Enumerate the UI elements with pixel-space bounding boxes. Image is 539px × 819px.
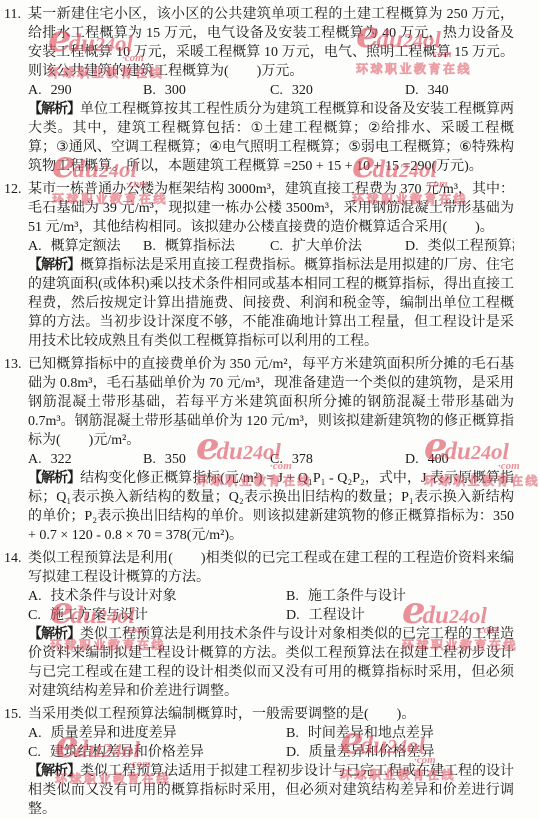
option-a: A.概算定额法 [28,237,143,256]
question-stem: 类似工程预算法是利用( )相类似的已完工程或在建工程的工程造价资料来编写拟建工程… [28,549,514,587]
option-d: D.340 [405,81,514,100]
analysis-text: 单位工程概算按其工程性质分为建筑工程概算和设备及安装工程概算两大类。其中，建筑工… [28,102,514,174]
question-11: 11. 某一新建住宅小区，该小区的公共建筑单项工程的土建工程概算为 250 万元… [4,5,514,176]
option-c: C.320 [270,81,405,100]
question-stem: 已知概算指标中的直接费单价为 350 元/m²，每平方米建筑面积所分摊的毛石基础… [28,355,514,450]
options-row: A.290 B.300 C.320 D.340 [28,81,514,100]
option-d: D.工程设计 [286,606,514,625]
analysis-text: 类似工程预算法是利用技术条件与设计对象相类似的已完工程的工程造价资料来编制拟建工… [28,627,514,699]
analysis-label: 【解析】 [28,258,80,273]
option-a: A.322 [28,450,143,469]
option-a: A.技术条件与设计对象 [28,587,286,606]
options-row: A.概算定额法 B.概算指标法 C.扩大单价法 D.类似工程预算法 [28,237,514,256]
scanned-exam-page: edu24ol ·com 环球职业教育在线 edu24ol ·com 环球职业教… [0,0,539,819]
analysis: 【解析】类似工程预算法是利用技术条件与设计对象相类似的已完工程的工程造价资料来编… [28,625,514,701]
option-b: B.施工条件与设计 [286,587,514,606]
question-body: 类似工程预算法是利用( )相类似的已完工程或在建工程的工程造价资料来编写拟建工程… [28,549,514,701]
analysis-label: 【解析】 [28,764,80,779]
option-c: C.建筑结构差异和价格差异 [28,743,286,762]
options-row: A.322 B.350 C.378 D.400 [28,450,514,469]
option-c: C.施工方案与设计 [28,606,286,625]
question-number: 12. [4,180,28,351]
question-number: 11. [4,5,28,176]
question-number: 13. [4,355,28,545]
option-c: C.扩大单价法 [270,237,405,256]
options-grid: A.质量差异和进度差异 B.时间差异和地点差异 C.建筑结构差异和价格差异 D.… [28,724,514,762]
question-number: 15. [4,705,28,819]
analysis-text: 概算指标法是采用直接工程费指标。概算指标法是用拟建的厂房、住宅的建筑面积(或体积… [28,258,514,349]
analysis-text: 结构变化修正概算指标(元/m²) = J + Q₁P₁ - Q₂P₂，式中，J … [28,471,514,543]
analysis: 【解析】类似工程预算法适用于拟建工程初步设计与已完工程或在建工程的设计相类似而又… [28,762,514,819]
question-body: 当采用类似工程预算法编制概算时，一般需要调整的是( )。 A.质量差异和进度差异… [28,705,514,819]
analysis-label: 【解析】 [28,471,80,486]
question-13: 13. 已知概算指标中的直接费单价为 350 元/m²，每平方米建筑面积所分摊的… [4,355,514,545]
analysis: 【解析】单位工程概算按其工程性质分为建筑工程概算和设备及安装工程概算两大类。其中… [28,100,514,176]
analysis: 【解析】概算指标法是采用直接工程费指标。概算指标法是用拟建的厂房、住宅的建筑面积… [28,256,514,351]
analysis-label: 【解析】 [28,102,80,117]
analysis: 【解析】结构变化修正概算指标(元/m²) = J + Q₁P₁ - Q₂P₂，式… [28,469,514,545]
option-b: B.概算指标法 [143,237,270,256]
question-body: 已知概算指标中的直接费单价为 350 元/m²，每平方米建筑面积所分摊的毛石基础… [28,355,514,545]
question-body: 某市一栋普通办公楼为框架结构 3000m³，建筑直接工程费为 370 元/m³，… [28,180,514,351]
exam-content: 11. 某一新建住宅小区，该小区的公共建筑单项工程的土建工程概算为 250 万元… [0,0,539,819]
option-d: D.类似工程预算法 [405,237,514,256]
question-number: 14. [4,549,28,701]
option-a: A.290 [28,81,143,100]
options-grid: A.技术条件与设计对象 B.施工条件与设计 C.施工方案与设计 D.工程设计 [28,587,514,625]
question-stem: 当采用类似工程预算法编制概算时，一般需要调整的是( )。 [28,705,514,724]
question-body: 某一新建住宅小区，该小区的公共建筑单项工程的土建工程概算为 250 万元，给排水… [28,5,514,176]
option-d: D.质量差异和价格差异 [286,743,514,762]
analysis-text: 类似工程预算法适用于拟建工程初步设计与已完工程或在建工程的设计相类似而又没有可用… [28,764,514,817]
analysis-label: 【解析】 [28,627,80,642]
option-b: B.350 [143,450,270,469]
option-d: D.400 [405,450,514,469]
option-c: C.378 [270,450,405,469]
question-12: 12. 某市一栋普通办公楼为框架结构 3000m³，建筑直接工程费为 370 元… [4,180,514,351]
option-b: B.300 [143,81,270,100]
question-15: 15. 当采用类似工程预算法编制概算时，一般需要调整的是( )。 A.质量差异和… [4,705,514,819]
question-14: 14. 类似工程预算法是利用( )相类似的已完工程或在建工程的工程造价资料来编写… [4,549,514,701]
question-stem: 某市一栋普通办公楼为框架结构 3000m³，建筑直接工程费为 370 元/m³，… [28,180,514,237]
question-stem: 某一新建住宅小区，该小区的公共建筑单项工程的土建工程概算为 250 万元，给排水… [28,5,514,81]
option-b: B.时间差异和地点差异 [286,724,514,743]
option-a: A.质量差异和进度差异 [28,724,286,743]
